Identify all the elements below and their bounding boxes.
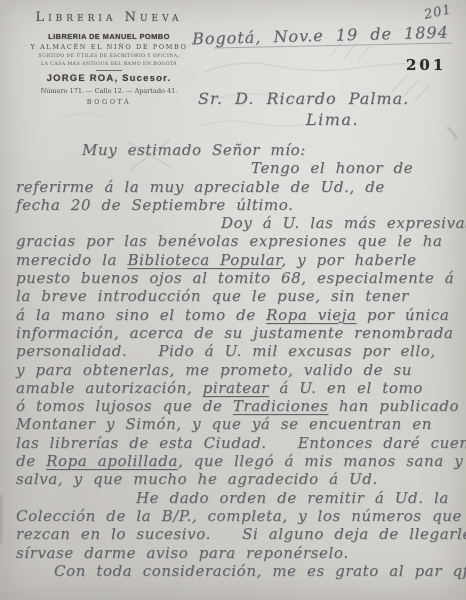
handwritten-line: ó tomos lujosos que de Tradiciones han p… — [16, 397, 460, 415]
handwritten-line: Doy á U. las más expresivas — [16, 214, 460, 232]
handwritten-line: merecido la Biblioteca Popular, y por ha… — [16, 251, 460, 269]
text-segment: He dado orden de remitir á Ud. la — [136, 489, 449, 507]
letter-body: Muy estimado Señor mío:Tengo el honor de… — [16, 141, 460, 580]
store-name: Libreria Nueva — [16, 10, 202, 25]
handwritten-line: las librerías de esta Ciudad. Entonces d… — [16, 434, 460, 452]
text-segment: gracias por las benévolas expresiones qu… — [16, 232, 443, 250]
underlined-phrase: piratear — [203, 379, 269, 397]
text-segment: salva, y que mucho he agradecido á Ud. — [16, 470, 378, 488]
text-segment: Doy á U. las más expresivas — [221, 214, 466, 232]
text-segment: á U. en el tomo — [269, 379, 423, 397]
pencil-folio-number: 201 — [423, 2, 453, 22]
handwritten-line: amable autorización, piratear á U. en el… — [16, 379, 460, 397]
text-segment: puesto buenos ojos al tomito 68, especia… — [16, 269, 454, 287]
handwritten-line: la breve introducción que le puse, sin t… — [16, 287, 460, 305]
stamped-folio-number: 201 — [406, 56, 446, 74]
letterhead-divider — [96, 70, 122, 71]
letterhead-city: BOGOTÁ — [16, 98, 202, 106]
underlined-phrase: Ropa vieja — [266, 306, 356, 324]
text-segment: y para obtenerlas, me prometo, valido de… — [16, 361, 412, 379]
letterhead: Libreria Nueva LIBRERIA DE MANUEL POMBO … — [16, 10, 202, 106]
handwritten-line: He dado orden de remitir á Ud. la — [16, 489, 460, 507]
text-segment: á la mano sino el tomo de — [16, 306, 266, 324]
successor-line: JORGE ROA, Sucesor. — [16, 73, 202, 84]
owner-line: LIBRERIA DE MANUEL POMBO — [16, 32, 202, 41]
handwritten-line: de Ropa apolillada, que llegó á mis mano… — [16, 452, 460, 470]
text-segment: han publicado — [328, 397, 459, 415]
text-segment: la breve introducción que le puse, sin t… — [16, 287, 409, 305]
handwritten-line: puesto buenos ojos al tomito 68, especia… — [16, 269, 460, 287]
letterhead-tiny-line-1: SURTIDO DE ÚTILES DE ESCRITORIO Y OFICIN… — [21, 53, 198, 59]
almacen-line: Y ALMACÉN EL NIÑO DE POMBO — [16, 43, 202, 51]
text-segment: por única — [357, 306, 450, 324]
handwritten-line: Tengo el honor de — [16, 159, 460, 177]
addressee-city: Lima. — [306, 110, 359, 129]
handwritten-line: información, acerca de su justamente ren… — [16, 324, 460, 342]
text-segment: Tengo el honor de — [251, 159, 413, 177]
text-segment: personalidad. Pido á U. mil excusas por … — [16, 342, 436, 360]
handwritten-line: Muy estimado Señor mío: — [16, 141, 460, 159]
text-segment: de — [16, 452, 46, 470]
letter-page: { "colors": { "paper": "#d7d5d0", "ink":… — [0, 0, 466, 600]
text-segment: Muy estimado Señor mío: — [82, 141, 306, 159]
text-segment: , que llegó á mis manos sana y — [178, 452, 463, 470]
letterhead-tiny-line-2: LA CASA MÁS ANTIGUA DEL RAMO EN BOGOTÁ — [21, 61, 198, 67]
text-segment: fecha 20 de Septiembre último. — [16, 196, 293, 214]
underlined-phrase: Ropa apolillada — [46, 452, 178, 470]
text-segment: Colección de la B/P., completa, y los nú… — [16, 507, 466, 525]
handwritten-line: Colección de la B/P., completa, y los nú… — [16, 507, 460, 525]
handwritten-line: á la mano sino el tomo de Ropa vieja por… — [16, 306, 460, 324]
handwritten-line: gracias por las benévolas expresiones qu… — [16, 232, 460, 250]
handwritten-line: personalidad. Pido á U. mil excusas por … — [16, 342, 460, 360]
text-segment: , y por haberle — [281, 251, 416, 269]
text-segment: merecido la — [16, 251, 127, 269]
text-segment: referirme á la muy apreciable de Ud., de — [16, 178, 385, 196]
handwritten-line: rezcan en lo sucesivo. Si alguno deja de… — [16, 525, 460, 543]
underlined-phrase: Biblioteca Popular — [127, 251, 281, 269]
handwritten-line: referirme á la muy apreciable de Ud., de — [16, 178, 460, 196]
handwritten-line: fecha 20 de Septiembre último. — [16, 196, 460, 214]
text-segment: las librerías de esta Ciudad. Entonces d… — [16, 434, 466, 452]
handwritten-line: sírvase darme aviso para reponérselo. — [16, 544, 460, 562]
underlined-phrase: Tradiciones — [233, 397, 329, 415]
handwritten-line: salva, y que mucho he agradecido á Ud. — [16, 470, 460, 488]
text-segment: Montaner y Simón, y que yá se encuentran… — [16, 415, 432, 433]
addressee-line: Sr. D. Ricardo Palma. — [198, 89, 409, 108]
text-segment: Con toda consideración, me es grato al p… — [54, 562, 466, 580]
address-line: Número 171. — Calle 12. — Apartado 41. — [16, 87, 202, 95]
handwritten-line: y para obtenerlas, me prometo, valido de… — [16, 361, 460, 379]
text-segment: información, acerca de su justamente ren… — [16, 324, 454, 342]
handwritten-line: Montaner y Simón, y que yá se encuentran… — [16, 415, 460, 433]
handwritten-line: Con toda consideración, me es grato al p… — [16, 562, 460, 580]
text-segment: rezcan en lo sucesivo. Si alguno deja de… — [16, 525, 466, 543]
text-segment: amable autorización, — [16, 379, 203, 397]
text-segment: sírvase darme aviso para reponérselo. — [16, 544, 349, 562]
text-segment: ó tomos lujosos que de — [16, 397, 233, 415]
